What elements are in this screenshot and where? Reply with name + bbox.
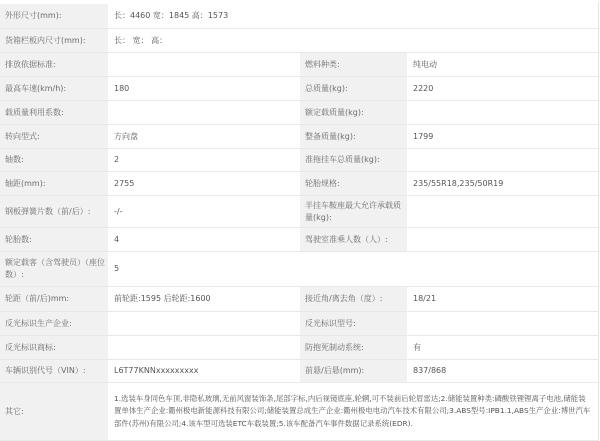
spec-row: 轮距（前/后)mm: 前轮距:1595 后轮距:1600 接近角/离去角（度）:… (0, 287, 598, 312)
spec-row: 轴距(mm): 2755 轮胎规格: 235/55R18,235/50R19 (0, 172, 598, 196)
label-reflector-brand: 反光标识商标: (0, 336, 108, 359)
label-saddle-load: 半挂车鞍座最大允许承载质量(kg): (300, 196, 407, 227)
value-vin: L6T77KNNxxxxxxxxx (108, 360, 300, 382)
value-cab-capacity (407, 228, 598, 251)
label-axle-count: 轴数: (0, 149, 108, 171)
label-other: 其它: (0, 383, 108, 440)
label-rated-load: 额定载质量(kg): (300, 101, 407, 124)
value-seats: 5 (108, 252, 598, 286)
spec-row: 轮胎数: 4 驾驶室准乘人数（人）: (0, 228, 598, 252)
value-reflector-model (407, 312, 598, 335)
value-rated-load (407, 101, 598, 124)
label-cargo-box: 货箱栏板内尺寸(mm): (0, 29, 108, 52)
spec-row: 轴数: 2 准拖挂车总质量(kg): (0, 149, 598, 172)
label-wheelbase: 轴距(mm): (0, 172, 108, 195)
spec-row: 排放依据标准: 燃料种类: 纯电动 (0, 53, 598, 77)
label-cab-capacity: 驾驶室准乘人数（人）: (300, 228, 407, 251)
value-tire-count: 4 (108, 228, 300, 251)
value-reflector-maker (108, 312, 300, 335)
label-load-utilization: 载质量利用系数: (0, 101, 108, 124)
label-fuel-type: 燃料种类: (300, 53, 407, 76)
value-abs: 有 (407, 336, 598, 359)
value-other: 1.选装车身同色车顶,非隐私玻璃,无前风窗装饰条,尾部字标,内后视镜底座,轮辋,… (108, 383, 598, 440)
value-trailer-mass (407, 149, 598, 171)
value-total-mass: 2220 (407, 77, 598, 100)
spec-row: 最高车速(km/h): 180 总质量(kg): 2220 (0, 77, 598, 101)
spec-row: 转向型式: 方向盘 整备质量(kg): 1799 (0, 125, 598, 149)
label-curb-mass: 整备质量(kg): (300, 125, 407, 148)
value-steering-type: 方向盘 (108, 125, 300, 148)
spec-row: 钢板弹簧片数（前/后）: -/- 半挂车鞍座最大允许承载质量(kg): (0, 196, 598, 228)
value-track-width: 前轮距:1595 后轮距:1600 (108, 287, 300, 311)
label-tire-spec: 轮胎规格: (300, 172, 407, 195)
value-curb-mass: 1799 (407, 125, 598, 148)
label-reflector-maker: 反光标识生产企业: (0, 312, 108, 335)
label-leaf-springs: 钢板弹簧片数（前/后）: (0, 196, 108, 227)
label-total-mass: 总质量(kg): (300, 77, 407, 100)
spec-row: 载质量利用系数: 额定载质量(kg): (0, 101, 598, 125)
value-wheelbase: 2755 (108, 172, 300, 195)
spec-row-other: 其它: 1.选装车身同色车顶,非隐私玻璃,无前风窗装饰条,尾部字标,内后视镜底座… (0, 383, 598, 441)
spec-row: 反光标识商标: 防抱死制动系统: 有 (0, 336, 598, 360)
spec-row-cargo-box: 货箱栏板内尺寸(mm): 长： 宽： 高： (0, 29, 598, 53)
label-reflector-model: 反光标识型号: (300, 312, 407, 335)
value-max-speed: 180 (108, 77, 300, 100)
label-max-speed: 最高车速(km/h): (0, 77, 108, 100)
label-dimensions: 外形尺寸(mm): (0, 4, 108, 28)
label-tire-count: 轮胎数: (0, 228, 108, 251)
vehicle-spec-table: 外形尺寸(mm): 长：4460 宽：1845 高：1573 货箱栏板内尺寸(m… (0, 2, 599, 441)
value-load-utilization (108, 101, 300, 124)
value-fuel-type: 纯电动 (407, 53, 598, 76)
label-abs: 防抱死制动系统: (300, 336, 407, 359)
label-emission-standard: 排放依据标准: (0, 53, 108, 76)
label-track-width: 轮距（前/后)mm: (0, 287, 108, 311)
label-overhang: 前悬/后悬(mm): (300, 360, 407, 382)
value-reflector-brand (108, 336, 300, 359)
label-approach-departure-angle: 接近角/离去角（度）: (300, 287, 407, 311)
label-vin: 车辆识别代号（VIN）: (0, 360, 108, 382)
value-tire-spec: 235/55R18,235/50R19 (407, 172, 598, 195)
spec-row: 反光标识生产企业: 反光标识型号: (0, 312, 598, 336)
label-seats: 额定载客（含驾驶员）（座位数）: (0, 252, 108, 286)
value-cargo-box: 长： 宽： 高： (108, 29, 598, 52)
spec-row: 车辆识别代号（VIN）: L6T77KNNxxxxxxxxx 前悬/后悬(mm)… (0, 360, 598, 383)
value-leaf-springs: -/- (108, 196, 300, 227)
label-trailer-mass: 准拖挂车总质量(kg): (300, 149, 407, 171)
spec-row-seats: 额定载客（含驾驶员）（座位数）: 5 (0, 252, 598, 287)
value-dimensions: 长：4460 宽：1845 高：1573 (108, 4, 598, 28)
value-approach-departure-angle: 18/21 (407, 287, 598, 311)
value-saddle-load (407, 196, 598, 227)
label-steering-type: 转向型式: (0, 125, 108, 148)
value-overhang: 837/868 (407, 360, 598, 382)
value-axle-count: 2 (108, 149, 300, 171)
value-emission-standard (108, 53, 300, 76)
spec-row-dimensions: 外形尺寸(mm): 长：4460 宽：1845 高：1573 (0, 4, 598, 29)
